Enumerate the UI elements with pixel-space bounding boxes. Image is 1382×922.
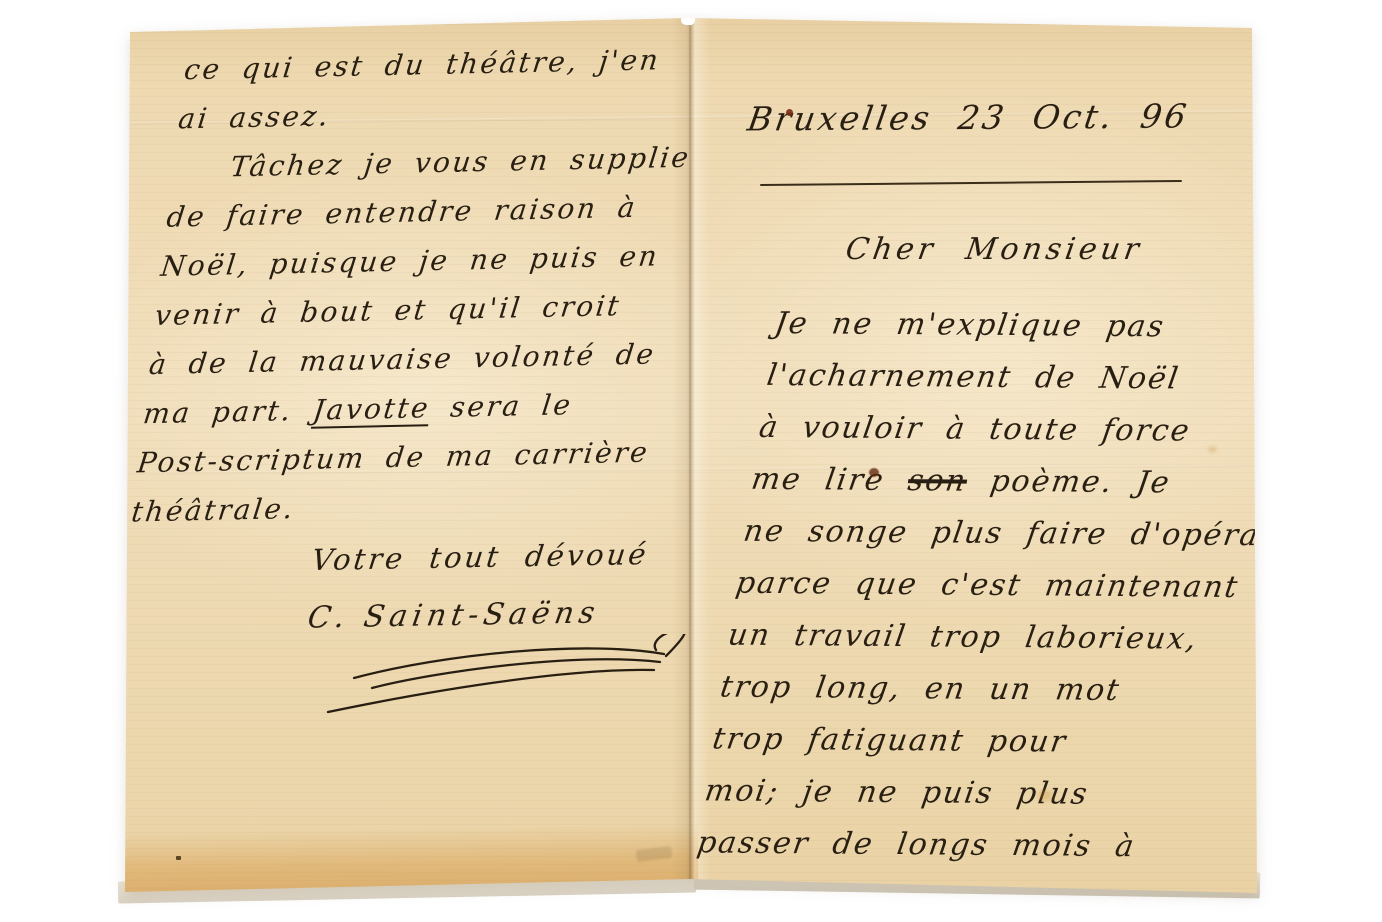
manuscript-line: ne songe plus faire d'opéras, bbox=[740, 506, 1288, 563]
line-segment: me lire bbox=[749, 462, 887, 498]
dark-speck bbox=[176, 856, 181, 860]
foxing-spot bbox=[1038, 790, 1053, 801]
manuscript-line-with-strikethrough: me lire son poème. Je bbox=[748, 454, 1296, 511]
manuscript-line: moi; je ne puis plus bbox=[701, 765, 1249, 822]
signature: C. Saint-Saëns bbox=[305, 595, 602, 635]
dateline: Bruxelles 23 Oct. 96 bbox=[745, 96, 1192, 138]
line-segment: poème. Je bbox=[988, 464, 1173, 501]
manuscript-line: l'acharnement de Noël bbox=[763, 350, 1311, 407]
struck-word: son bbox=[906, 463, 970, 498]
signature-flourish bbox=[314, 634, 686, 718]
bifolium-sheet-wrap: ce qui est du théâtre, j'en ai assez. Tâ… bbox=[0, 0, 1382, 922]
dateline-rule bbox=[760, 180, 1182, 186]
line-segment: ma part. bbox=[141, 394, 294, 430]
bifolium-sheet: ce qui est du théâtre, j'en ai assez. Tâ… bbox=[0, 0, 1382, 922]
ink-blot-on-strikethrough bbox=[869, 468, 879, 477]
line-segment: sera le bbox=[449, 388, 575, 424]
salutation: Cher Monsieur bbox=[843, 232, 1145, 267]
letter-photograph: ce qui est du théâtre, j'en ai assez. Tâ… bbox=[0, 0, 1382, 922]
manuscript-line: un travail trop laborieux, bbox=[724, 610, 1272, 667]
manuscript-line: passer de longs mois à bbox=[693, 817, 1241, 874]
ink-spot bbox=[786, 109, 793, 116]
manuscript-line: à vouloir à toute force bbox=[755, 402, 1303, 459]
foxing-spot bbox=[1208, 446, 1217, 453]
underlined-word: Javotte bbox=[311, 391, 432, 427]
fold-top-notch bbox=[681, 16, 695, 25]
manuscript-line: trop fatiguant pour bbox=[709, 713, 1257, 770]
manuscript-line: parce que c'est maintenant bbox=[732, 558, 1280, 615]
manuscript-line: trop long, en un mot bbox=[717, 662, 1265, 719]
closing-line: Votre tout dévoué bbox=[310, 537, 651, 577]
toned-bottom-edge bbox=[118, 823, 699, 898]
left-page-body: ce qui est du théâtre, j'en ai assez. Tâ… bbox=[129, 33, 747, 536]
right-page-body: Je ne m'explique pas l'acharnement de No… bbox=[693, 298, 1318, 874]
manuscript-line: théâtrale. bbox=[129, 476, 695, 537]
manuscript-line: Je ne m'explique pas bbox=[771, 298, 1319, 355]
